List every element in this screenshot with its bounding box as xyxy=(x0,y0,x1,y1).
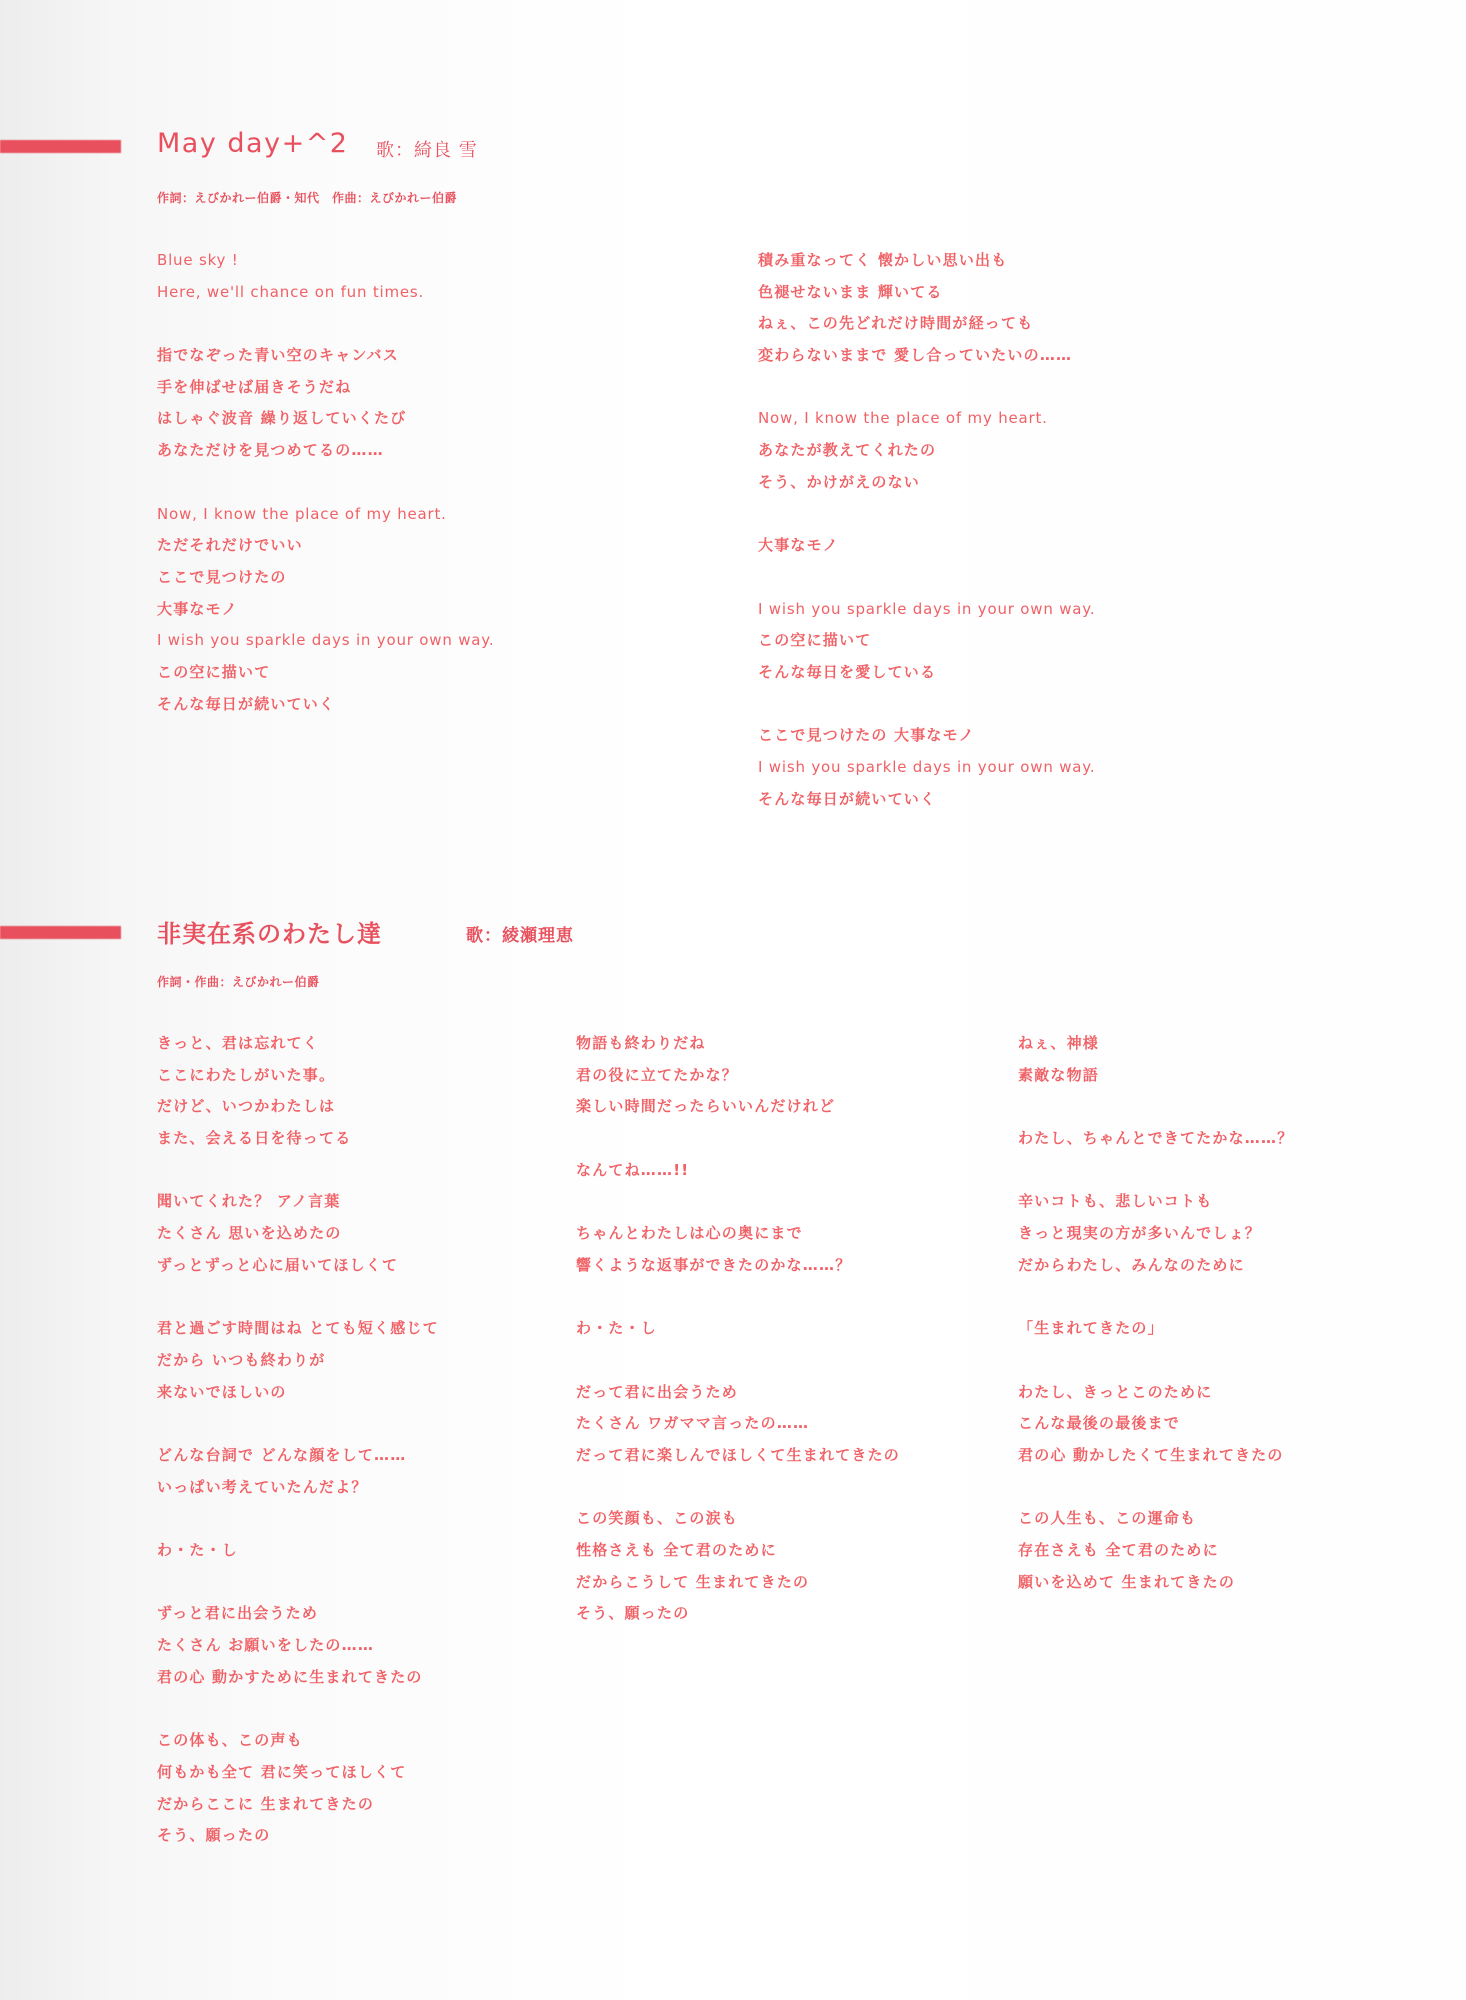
stanza-break xyxy=(1018,1155,1293,1187)
lyrics-column-3: ねぇ、神様素敵な物語わたし、ちゃんとできてたかな……？辛いコトも、悲しいコトもき… xyxy=(1018,1028,1293,1598)
lyric-line: わたし、ちゃんとできてたかな……？ xyxy=(1018,1123,1293,1155)
lyric-line: 色褪せないまま 輝いてる xyxy=(758,277,1095,309)
lyric-line: ただそれだけでいい xyxy=(157,530,494,562)
stanza-break xyxy=(758,372,1095,404)
stanza-break xyxy=(576,1186,900,1218)
lyric-line: Blue sky ! xyxy=(157,245,494,277)
stanza-break xyxy=(157,1408,439,1440)
lyric-line: 存在さえも 全て君のために xyxy=(1018,1535,1293,1567)
lyric-line: きっと現実の方が多いんでしょ？ xyxy=(1018,1218,1293,1250)
stanza-break xyxy=(157,1282,439,1314)
stanza-break xyxy=(157,1693,439,1725)
stanza-break xyxy=(157,308,494,340)
stanza-break xyxy=(758,499,1095,531)
lyric-line: だって君に出会うため xyxy=(576,1377,900,1409)
lyric-line: たくさん 思いを込めたの xyxy=(157,1218,439,1250)
lyric-line: ずっと君に出会うため xyxy=(157,1598,439,1630)
lyric-line: 楽しい時間だったらいいんだけれど xyxy=(576,1091,900,1123)
songwriter-credits: 作詞・作曲：えびかれー伯爵 xyxy=(157,973,320,990)
lyric-line: この人生も、この運命も xyxy=(1018,1503,1293,1535)
lyric-line: だからここに 生まれてきたの xyxy=(157,1789,439,1821)
lyric-line: 君の心 動かしたくて生まれてきたの xyxy=(1018,1440,1293,1472)
stanza-break xyxy=(1018,1345,1293,1377)
lyric-line: だけど、いつかわたしは xyxy=(157,1091,439,1123)
lyric-line: 君の役に立てたかな？ xyxy=(576,1060,900,1092)
stanza-break xyxy=(576,1282,900,1314)
stanza-break xyxy=(157,467,494,499)
lyric-line: 素敵な物語 xyxy=(1018,1060,1293,1092)
lyrics-column-2: 物語も終わりだね君の役に立てたかな？楽しい時間だったらいいんだけれどなんてね……… xyxy=(576,1028,900,1630)
lyric-line: 君と過ごす時間はね とても短く感じて xyxy=(157,1313,439,1345)
lyric-line: だって君に楽しんでほしくて生まれてきたの xyxy=(576,1440,900,1472)
lyric-line: ねぇ、この先どれだけ時間が経っても xyxy=(758,308,1095,340)
lyric-line: はしゃぐ波音 繰り返していくたび xyxy=(157,403,494,435)
lyric-line: ずっとずっと心に届いてほしくて xyxy=(157,1250,439,1282)
lyric-line: 物語も終わりだね xyxy=(576,1028,900,1060)
lyric-line: 辛いコトも、悲しいコトも xyxy=(1018,1186,1293,1218)
lyric-line: 性格さえも 全て君のために xyxy=(576,1535,900,1567)
stanza-break xyxy=(157,1155,439,1187)
songwriter-credits: 作詞：えびかれー伯爵・知代 作曲：えびかれー伯爵 xyxy=(157,189,457,206)
stanza-break xyxy=(157,1567,439,1599)
lyric-line: I wish you sparkle days in your own way. xyxy=(157,625,494,657)
lyric-line: 変わらないままで 愛し合っていたいの…… xyxy=(758,340,1095,372)
lyric-line: 指でなぞった青い空のキャンバス xyxy=(157,340,494,372)
lyric-line: 願いを込めて 生まれてきたの xyxy=(1018,1567,1293,1599)
lyric-line: 何もかも全て 君に笑ってほしくて xyxy=(157,1757,439,1789)
stanza-break xyxy=(576,1345,900,1377)
lyric-line: また、会える日を待ってる xyxy=(157,1123,439,1155)
lyric-line: こんな最後の最後まで xyxy=(1018,1408,1293,1440)
lyric-line: なんてね……!! xyxy=(576,1155,900,1187)
lyric-line: きっと、君は忘れてく xyxy=(157,1028,439,1060)
lyric-line: そう、願ったの xyxy=(157,1820,439,1852)
lyric-line: この空に描いて xyxy=(157,657,494,689)
lyric-line: 大事なモノ xyxy=(758,530,1095,562)
lyric-line: いっぱい考えていたんだよ？ xyxy=(157,1472,439,1504)
lyric-line: ここにわたしがいた事。 xyxy=(157,1060,439,1092)
singer-credit: 歌：綺良 雪 xyxy=(376,136,478,162)
lyric-line: この笑顔も、この涙も xyxy=(576,1503,900,1535)
lyric-line: この空に描いて xyxy=(758,625,1095,657)
lyric-line: あなただけを見つめてるの…… xyxy=(157,435,494,467)
stanza-break xyxy=(576,1123,900,1155)
lyric-line: I wish you sparkle days in your own way. xyxy=(758,752,1095,784)
lyric-line: 「生まれてきたの」 xyxy=(1018,1313,1293,1345)
lyric-line: そんな毎日が続いていく xyxy=(157,689,494,721)
stanza-break xyxy=(1018,1472,1293,1504)
stanza-break xyxy=(157,1503,439,1535)
singer-credit: 歌：綾瀬理恵 xyxy=(466,921,574,946)
lyrics-column-1: Blue sky !Here, we'll chance on fun time… xyxy=(157,245,494,720)
lyric-line: どんな台詞で どんな顔をして…… xyxy=(157,1440,439,1472)
lyric-line: わ・た・し xyxy=(576,1313,900,1345)
song-title: May day+^2 xyxy=(157,128,349,159)
lyric-line: そう、かけがえのない xyxy=(758,467,1095,499)
lyric-line: だからこうして 生まれてきたの xyxy=(576,1567,900,1599)
lyric-line: ちゃんとわたしは心の奥にまで xyxy=(576,1218,900,1250)
lyric-line: ここで見つけたの xyxy=(157,562,494,594)
lyric-line: あなたが教えてくれたの xyxy=(758,435,1095,467)
section-accent-bar xyxy=(0,140,121,153)
lyric-line: たくさん お願いをしたの…… xyxy=(157,1630,439,1662)
lyric-line: ねぇ、神様 xyxy=(1018,1028,1293,1060)
lyrics-column-2: 積み重なってく 懐かしい思い出も色褪せないまま 輝いてるねぇ、この先どれだけ時間… xyxy=(758,245,1095,815)
lyric-line: そう、願ったの xyxy=(576,1598,900,1630)
lyric-line: たくさん ワガママ言ったの…… xyxy=(576,1408,900,1440)
lyric-line: 積み重なってく 懐かしい思い出も xyxy=(758,245,1095,277)
lyric-line: この体も、この声も xyxy=(157,1725,439,1757)
lyric-line: わ・た・し xyxy=(157,1535,439,1567)
lyric-line: Here, we'll chance on fun times. xyxy=(157,277,494,309)
lyric-line: 手を伸ばせば届きそうだね xyxy=(157,372,494,404)
lyric-line: 大事なモノ xyxy=(157,594,494,626)
stanza-break xyxy=(576,1472,900,1504)
lyric-line: I wish you sparkle days in your own way. xyxy=(758,594,1095,626)
lyric-line: Now, I know the place of my heart. xyxy=(157,499,494,531)
lyric-line: だからわたし、みんなのために xyxy=(1018,1250,1293,1282)
lyric-line: ここで見つけたの 大事なモノ xyxy=(758,720,1095,752)
stanza-break xyxy=(1018,1091,1293,1123)
lyric-line: 来ないでほしいの xyxy=(157,1377,439,1409)
lyrics-column-1: きっと、君は忘れてくここにわたしがいた事。だけど、いつかわたしはまた、会える日を… xyxy=(157,1028,439,1852)
lyric-line: Now, I know the place of my heart. xyxy=(758,403,1095,435)
lyric-line: 聞いてくれた？ アノ言葉 xyxy=(157,1186,439,1218)
lyric-line: 君の心 動かすために生まれてきたの xyxy=(157,1662,439,1694)
lyric-line: 響くような返事ができたのかな……？ xyxy=(576,1250,900,1282)
stanza-break xyxy=(1018,1282,1293,1314)
lyric-line: わたし、きっとこのために xyxy=(1018,1377,1293,1409)
section-accent-bar xyxy=(0,926,121,939)
song-title: 非実在系のわたし達 xyxy=(157,914,382,949)
lyric-line: そんな毎日が続いていく xyxy=(758,784,1095,816)
stanza-break xyxy=(758,562,1095,594)
lyric-line: そんな毎日を愛している xyxy=(758,657,1095,689)
stanza-break xyxy=(758,689,1095,721)
lyric-line: だから いつも終わりが xyxy=(157,1345,439,1377)
